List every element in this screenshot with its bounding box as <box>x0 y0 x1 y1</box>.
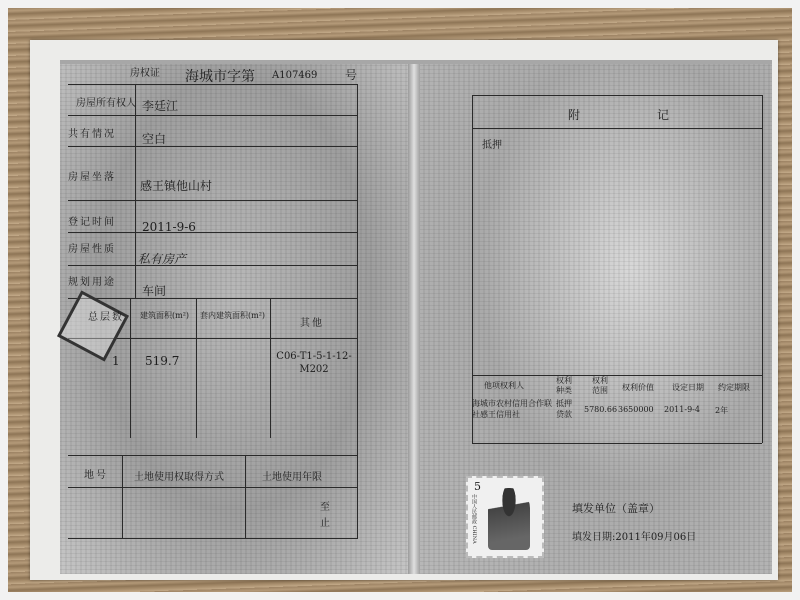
rule <box>357 84 358 539</box>
issue-date: 填发日期:2011年09月06日 <box>572 528 696 543</box>
right-value-value: 3650000 <box>618 405 654 414</box>
right-value-header: 权利价值 <box>622 382 654 393</box>
rule <box>68 146 358 147</box>
rule <box>472 128 762 129</box>
term-value: 2年 <box>715 405 728 416</box>
rule <box>68 265 358 266</box>
co-owner-value: 空白 <box>142 130 166 147</box>
location-label: 房屋坐落 <box>68 168 116 183</box>
mortgagee-value: 海城市农村信用合作联社感王信用社 <box>472 398 554 420</box>
rule <box>130 298 131 438</box>
cert-city: 海城市字第 <box>185 66 255 86</box>
issuer-label: 填发单位（盖章） <box>572 500 660 516</box>
nature-value: 私有房产 <box>138 250 186 267</box>
area-header: 建筑面积(m²) <box>140 310 189 321</box>
usage-value: 车间 <box>142 282 166 299</box>
rule <box>472 443 762 444</box>
other-value: C06-T1-5-1-12-M202 <box>272 350 356 376</box>
mortgagee-header: 他项权利人 <box>484 380 524 391</box>
stamp-figure-illustration <box>488 488 530 550</box>
inner-area-header: 套内建筑面积(m²) <box>200 310 265 321</box>
set-date-value: 2011-9-4 <box>664 405 700 414</box>
rule <box>270 298 271 438</box>
rule <box>68 538 358 539</box>
land-term-value: 至 止 <box>320 500 340 532</box>
owner-value: 李廷江 <box>142 97 178 114</box>
right-type-value: 抵押贷款 <box>556 398 576 420</box>
location-value: 感王镇他山村 <box>140 177 212 194</box>
lot-no-header: 地号 <box>84 466 108 481</box>
rule <box>68 115 358 116</box>
mortgage-note: 抵押 <box>482 136 502 151</box>
floors-header: 总层数 <box>88 308 124 323</box>
nature-label: 房屋性质 <box>68 240 116 255</box>
rule <box>472 95 473 443</box>
rule <box>762 95 763 443</box>
cert-prefix: 房权证 <box>130 64 160 79</box>
cert-number: A107469 <box>272 70 317 81</box>
rule <box>122 455 123 539</box>
appendix-title-left: 附 <box>568 106 580 123</box>
usage-label: 规划用途 <box>68 273 116 288</box>
stamp-country: 中国人民邮政 CHINA <box>471 494 478 544</box>
rule <box>68 455 358 456</box>
rule <box>68 84 358 85</box>
rule <box>68 232 358 233</box>
rule <box>245 455 246 539</box>
right-scope-header: 权利范围 <box>592 376 610 396</box>
rule <box>472 95 762 96</box>
rule <box>196 298 197 438</box>
reg-time-value: 2011-9-6 <box>142 220 196 234</box>
land-acq-header: 土地使用权取得方式 <box>134 468 224 483</box>
rule <box>68 200 358 201</box>
area-value: 519.7 <box>145 354 179 368</box>
owner-label: 房屋所有权人 <box>76 94 136 109</box>
co-owner-label: 共有情况 <box>68 125 116 140</box>
stamp-value: 5 <box>474 480 481 493</box>
reg-time-label: 登记时间 <box>68 213 116 228</box>
right-scope-value: 5780.66 <box>584 405 617 414</box>
rule <box>68 298 358 299</box>
rule <box>472 375 762 376</box>
set-date-header: 设定日期 <box>672 382 704 393</box>
center-fold <box>408 64 420 574</box>
postage-stamp: 5 中国人民邮政 CHINA <box>466 476 544 558</box>
land-term-header: 土地使用年限 <box>262 468 322 483</box>
rule <box>68 487 358 488</box>
floors-value: 1 <box>112 354 120 368</box>
term-header: 约定期限 <box>718 382 750 393</box>
other-header: 其他 <box>300 314 324 329</box>
rule <box>135 84 136 299</box>
right-type-header: 权利种类 <box>556 376 574 396</box>
appendix-title-right: 记 <box>657 106 669 123</box>
cert-suffix: 号 <box>345 66 357 83</box>
